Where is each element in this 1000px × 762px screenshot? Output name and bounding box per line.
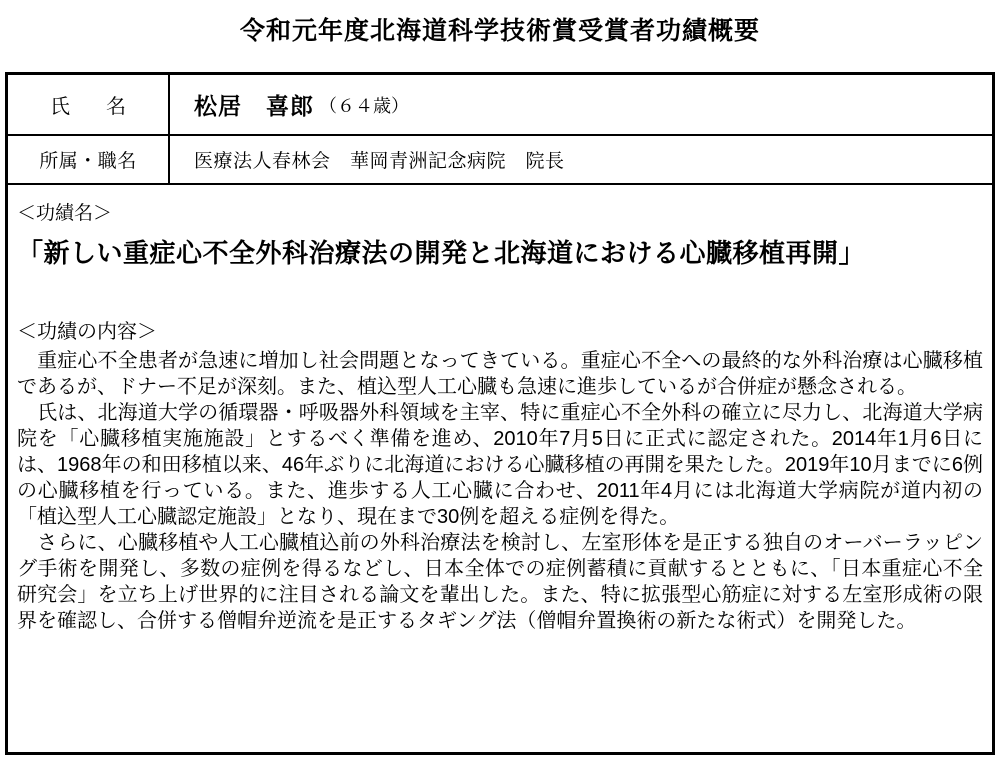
achievement-content-heading: ＜功績の内容＞ (17, 315, 983, 344)
person-age: （６４歳） (319, 92, 409, 118)
affiliation-value-cell: 医療法人春林会 華岡青洲記念病院 院長 (170, 136, 992, 183)
person-name: 松居 喜郎 (194, 88, 314, 121)
achievement-name-title: 「新しい重症心不全外科治療法の開発と北海道における心臓移植再開」 (17, 233, 983, 270)
document-page: 令和元年度北海道科学技術賞受賞者功績概要 氏 名 松居 喜郎 （６４歳） 所属・… (0, 0, 1000, 47)
name-label-char-first: 氏 (50, 90, 70, 119)
achievement-name-heading: ＜功績名＞ (17, 198, 983, 225)
achievement-paragraph-1: 重症心不全患者が急速に増加し社会問題となってきている。重症心不全への最終的な外科… (17, 348, 983, 400)
affiliation-label-cell: 所属・職名 (8, 136, 170, 183)
name-row: 氏 名 松居 喜郎 （６４歳） (8, 75, 992, 136)
affiliation-row: 所属・職名 医療法人春林会 華岡青洲記念病院 院長 (8, 136, 992, 185)
achievement-section: ＜功績名＞ 「新しい重症心不全外科治療法の開発と北海道における心臓移植再開」 ＜… (8, 185, 992, 634)
document-title: 令和元年度北海道科学技術賞受賞者功績概要 (0, 0, 1000, 47)
award-summary-table: 氏 名 松居 喜郎 （６４歳） 所属・職名 医療法人春林会 華岡青洲記念病院 院… (5, 72, 995, 755)
name-label-cell: 氏 名 (8, 75, 170, 134)
name-value-cell: 松居 喜郎 （６４歳） (170, 75, 992, 134)
achievement-paragraph-3: さらに、心臓移植や人工心臓植込前の外科治療法を検討し、左室形体を是正する独自のオ… (17, 530, 983, 634)
achievement-paragraph-2: 氏は、北海道大学の循環器・呼吸器外科領域を主宰、特に重症心不全外科の確立に尽力し… (17, 400, 983, 530)
name-label-char-second: 名 (106, 90, 126, 119)
